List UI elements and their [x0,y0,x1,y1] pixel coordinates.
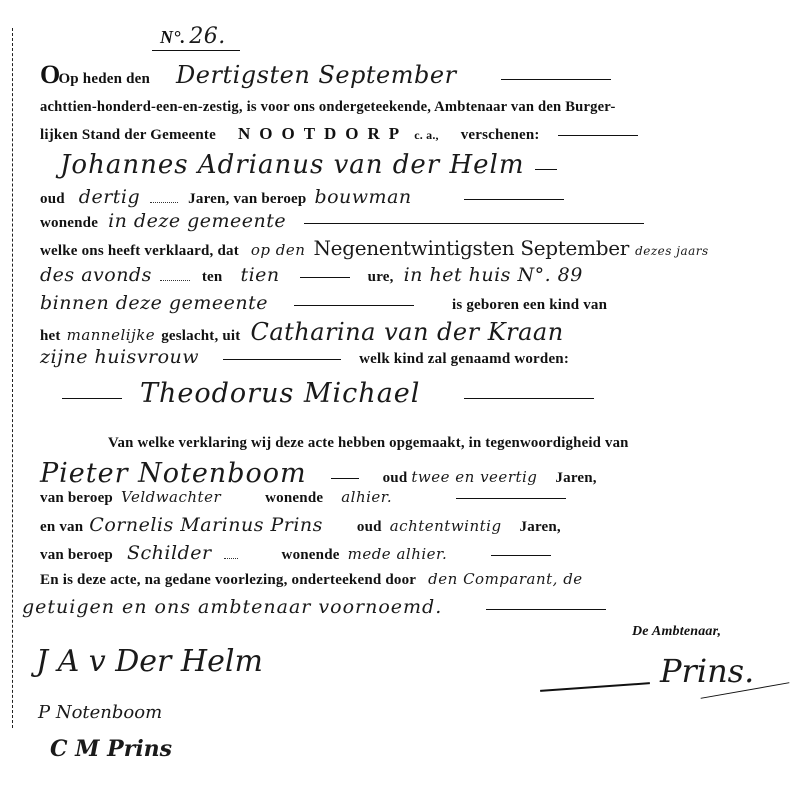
fill-rule [294,304,414,306]
printed-oud: oud [357,519,382,535]
fill-rule [300,276,350,278]
declarant-residence: in deze gemeente [108,210,286,232]
municipality-name: NOOTDORP [238,124,408,143]
ca-abbrev: c. a., [414,128,439,142]
fill-rule [464,198,564,200]
printed-oud: oud [383,470,408,486]
line-witness1: Pieter Notenboom oud twee en veertig Jar… [40,458,794,484]
fill-rule [304,222,644,224]
suffix-dezes-jaars: dezes jaars [635,244,709,258]
printed-year-line: achttien-honderd-een-en-zestig, is voor … [40,99,616,115]
witness1-residence: alhier. [341,488,392,506]
birth-hour: tien [240,264,279,286]
signature-witness1: P Notenboom [38,702,162,723]
line-date: OOp heden den Dertigsten September [40,60,794,86]
printed-verschenen: verschenen: [461,127,540,143]
number-value: 26. [189,24,226,49]
line-closing-2: getuigen en ons ambtenaar voornoemd. [22,596,794,622]
witness2-age: achtentwintig [390,517,502,535]
signature-declarant: J A v Der Helm [36,644,263,679]
line-declaration: welke ons heeft verklaard, dat op den Ne… [40,236,794,262]
printed-jaren: Jaren, [555,470,596,486]
number-underline [152,50,240,51]
official-label: De Ambtenaar, [632,624,721,640]
declarant-name: Johannes Adrianus van der Helm [60,150,525,180]
birth-place: binnen deze gemeente [40,292,268,314]
signature-flourish [540,682,650,692]
line-witness2: en van Cornelis Marinus Prins oud achten… [40,514,794,540]
printed-op-heden-den: Op heden den [58,71,150,87]
witness2-residence: mede alhier. [348,545,448,563]
witness1-age: twee en veertig [411,468,537,486]
dots [224,558,238,559]
closing-handwritten-2: getuigen en ons ambtenaar voornoemd. [22,596,442,618]
mother-relation: zijne huisvrouw [40,346,199,368]
line-witness1-occupation: van beroep Veldwachter wonende alhier. [40,488,794,514]
printed-genaamd-worden: welk kind zal genaamd worden: [359,351,569,367]
dots [150,202,178,203]
witness2-name: Cornelis Marinus Prins [89,514,323,536]
line-municipality: lijken Stand der Gemeente NOOTDORP c. a.… [40,124,794,150]
left-margin-rule [12,28,14,728]
witness1-occupation: Veldwachter [121,488,221,506]
dots [160,280,190,281]
signature-official: Prins. [660,652,754,690]
line-place: binnen deze gemeente is geboren een kind… [40,292,794,318]
line-declarant-residence: wonende in deze gemeente [40,210,794,236]
printed-en-van: en van [40,519,83,535]
printed-van-beroep: van beroep [40,547,113,563]
fill-rule [331,477,359,479]
line-witness2-occupation: van beroep Schilder wonende mede alhier. [40,542,794,568]
fill-rule [62,397,122,399]
printed-van-beroep: van beroep [40,490,113,506]
fill-rule [486,608,606,610]
printed-burgerlijke-stand: lijken Stand der Gemeente [40,127,216,143]
fill-rule [464,397,594,399]
birth-certificate-page: N°. 26. OOp heden den Dertigsten Septemb… [0,0,800,800]
record-number: N°. 26. [160,24,226,49]
line-time: des avonds ten tien ure, in het huis N°.… [40,264,794,290]
time-of-day: des avonds [40,264,152,286]
printed-verklaard: welke ons heeft verklaard, dat [40,243,239,259]
line-year: achttien-honderd-een-en-zestig, is voor … [40,98,794,124]
line-witnesses-intro: Van welke verklaring wij deze acte hebbe… [108,434,794,460]
printed-ure: ure, [368,269,394,285]
fill-rule [535,168,557,170]
line-declarant-age: oud dertig Jaren, van beroep bouwman [40,186,794,212]
printed-het: het [40,328,61,344]
signature-witness2: C M Prins [50,736,172,762]
birth-date-handwritten: Negenentwintigsten September [313,236,629,260]
printed-oud: oud [40,191,65,207]
line-mother: het mannelijke geslacht, uit Catharina v… [40,318,794,344]
fill-rule [501,78,611,80]
child-sex: mannelijke [67,326,156,344]
date-handwritten: Dertigsten September [176,61,457,89]
fill-rule [558,134,638,136]
number-label: N°. [160,27,185,47]
fill-rule [223,358,341,360]
printed-wonende: wonende [282,547,340,563]
mother-name: Catharina van der Kraan [250,318,563,346]
declarant-age: dertig [79,186,140,208]
witness2-occupation: Schilder [127,542,212,564]
printed-wonende: wonende [40,215,98,231]
prefix-op-den: op den [251,241,306,259]
printed-geboren: is geboren een kind van [452,297,607,313]
printed-geslacht-uit: geslacht, uit [161,328,240,344]
printed-closing: En is deze acte, na gedane voorlezing, o… [40,572,416,588]
fill-rule [456,497,566,499]
printed-ten: ten [202,269,223,285]
birth-house: in het huis N°. 89 [404,264,583,286]
line-child-name: Theodorus Michael [40,378,794,404]
closing-handwritten-1: den Comparant, de [428,570,583,588]
printed-jaren-beroep: Jaren, van beroep [188,191,306,207]
witness1-name: Pieter Notenboom [40,458,307,489]
line-relation: zijne huisvrouw welk kind zal genaamd wo… [40,346,794,372]
line-closing: En is deze acte, na gedane voorlezing, o… [40,570,794,596]
declarant-occupation: bouwman [314,186,411,208]
child-name: Theodorus Michael [140,378,420,409]
line-declarant-name: Johannes Adrianus van der Helm [60,150,794,176]
printed-jaren: Jaren, [520,519,561,535]
fill-rule [491,554,551,556]
printed-witnesses-intro: Van welke verklaring wij deze acte hebbe… [108,435,629,451]
printed-wonende: wonende [265,490,323,506]
